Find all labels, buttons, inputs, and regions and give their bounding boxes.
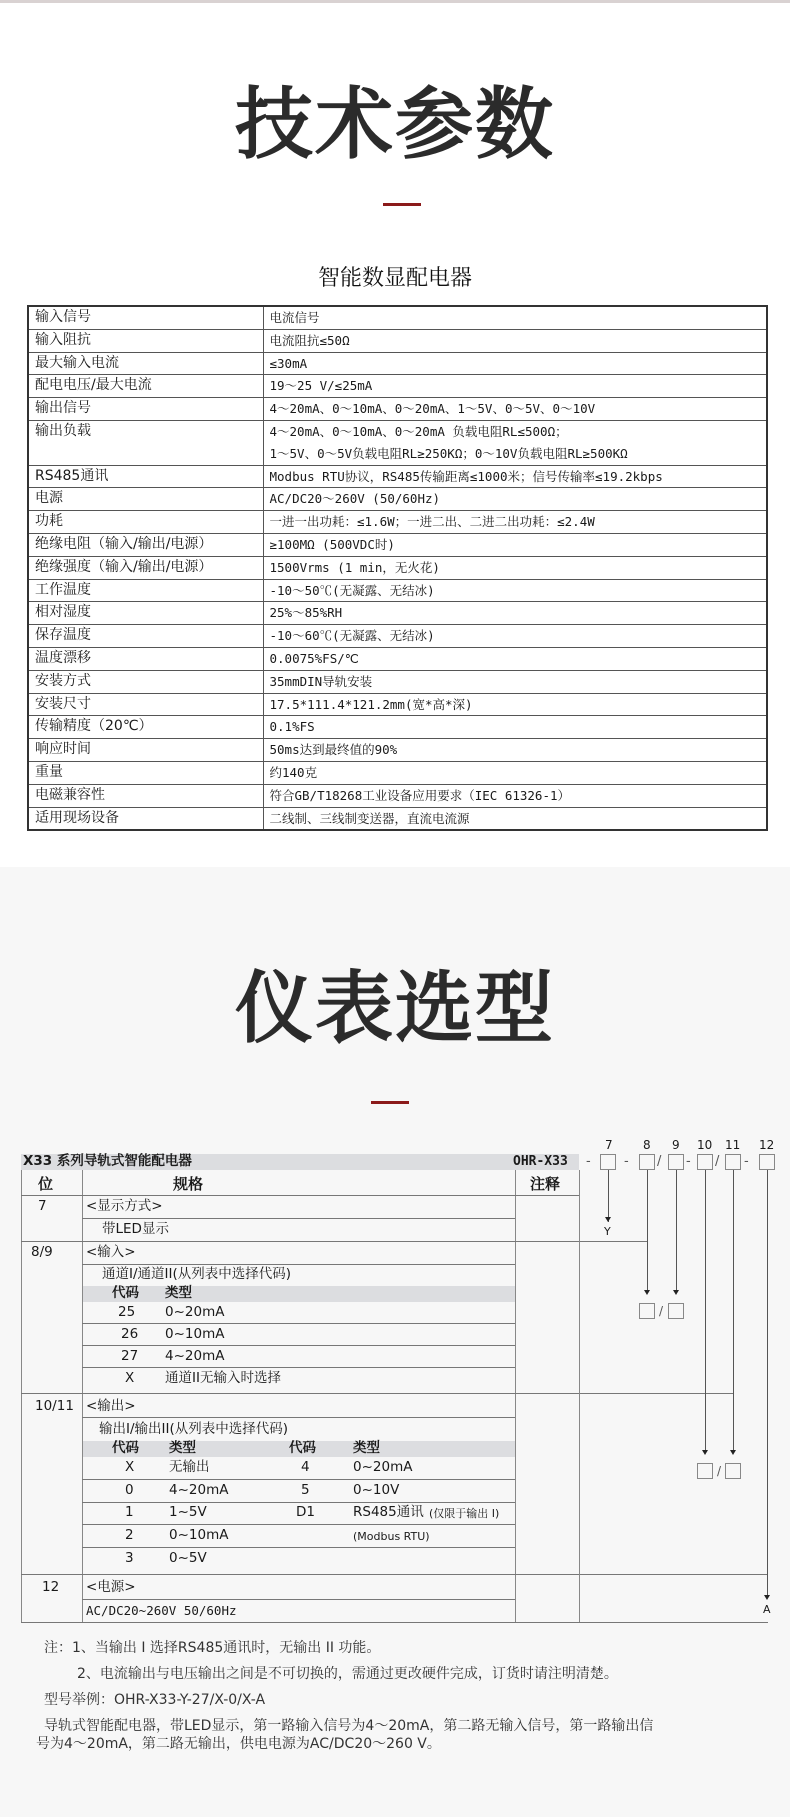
output-code: 1 [125,1506,134,1520]
row-line [82,1218,515,1219]
output-type-2-note: (仅限于输出 I) [429,1508,499,1519]
output-type: 1~5V [169,1506,207,1520]
row-line [82,1345,515,1346]
leader-line-10 [705,1170,706,1451]
output-type-2: RS485通讯 [353,1506,424,1520]
position-number: 8 [643,1139,651,1151]
slash: / [659,1305,663,1317]
code-box-8 [639,1154,655,1170]
row-line [82,1599,515,1600]
output-desc: 输出I/输出II(从列表中选择代码) [99,1423,288,1437]
input-type: 通道II无输入时选择 [165,1372,281,1386]
input-code-box-2 [668,1303,684,1319]
row-line [21,1393,579,1394]
row-line [82,1264,515,1265]
code-box-10 [697,1154,713,1170]
input-col-type: 类型 [165,1287,192,1301]
input-code: 26 [121,1328,138,1342]
output-code-2: D1 [296,1506,315,1520]
row-line [82,1323,515,1324]
output-type-2: (Modbus RTU) [353,1531,430,1542]
arrow-down-icon [673,1290,679,1295]
output-code-2: 4 [301,1461,310,1475]
leader-h-12 [579,1574,767,1575]
row-line [82,1547,515,1548]
separator: - [586,1155,591,1168]
model-example: 型号举例：OHR-X33-Y-27/X-0/X-A [44,1693,265,1707]
arrow-down-icon [644,1290,650,1295]
output-code: 0 [125,1484,134,1498]
arrow-down-icon [702,1450,708,1455]
input-code: 25 [118,1306,135,1320]
title-divider-2 [371,1101,409,1104]
leader-line-8 [647,1170,648,1291]
input-code-header-band [83,1286,515,1302]
table-left-border [21,1170,22,1622]
input-type: 0~10mA [165,1328,224,1342]
leader-line-12 [767,1170,768,1597]
row-line [21,1241,579,1242]
code-box-9 [668,1154,684,1170]
input-title: <输入> [86,1246,136,1260]
output-col-code-2: 代码 [289,1442,316,1456]
separator: - [744,1155,749,1168]
row-line [21,1195,579,1196]
slash: / [717,1465,721,1477]
power-option: AC/DC20~260V 50/60Hz [86,1605,237,1618]
display-title: <显示方式> [86,1200,163,1214]
input-code: X [125,1372,134,1386]
leader-line-11 [733,1170,734,1451]
input-code-box-1 [639,1303,655,1319]
output-type: 4~20mA [169,1484,228,1498]
output-type: 0~10mA [169,1529,228,1543]
table-col-divider-1 [82,1170,83,1622]
note-1: 注：1、当输出 I 选择RS485通讯时，无输出 II 功能。 [44,1641,380,1655]
arrow-down-icon [730,1450,736,1455]
row-line [82,1524,515,1525]
input-col-code: 代码 [112,1287,139,1301]
arrow-down-icon [764,1595,770,1600]
row-line [21,1574,579,1575]
selection-area: 仪表选型 X33 系列导轨式智能配电器 OHR-X33 7-8-9/10-11/… [0,0,790,1817]
col-header-note: 注释 [530,1177,560,1192]
col-header-spec: 规格 [173,1177,203,1192]
position-number: 7 [605,1139,613,1151]
position-number: 11 [725,1139,740,1151]
table-col-divider-2 [515,1170,516,1622]
output-code-box-2 [725,1463,741,1479]
section-title-selection: 仪表选型 [0,970,790,1048]
code-box-7 [600,1154,616,1170]
series-label: X33 系列导轨式智能配电器 [23,1155,192,1169]
output-type-2: 0~10V [353,1484,399,1498]
output-col-code: 代码 [112,1442,139,1456]
pos-10-11: 10/11 [35,1400,74,1414]
pos-7: 7 [38,1200,47,1214]
pos-8-9: 8/9 [31,1246,53,1260]
output-code-box-1 [697,1463,713,1479]
leader-line-7 [608,1170,609,1222]
example-desc-line-2: 号为4～20mA，第二路无输出，供电电源为AC/DC20～260 V。 [36,1737,441,1751]
code-box-12 [759,1154,775,1170]
leader-h-8 [579,1241,647,1242]
code-box-11 [725,1154,741,1170]
position-number: 10 [697,1139,712,1151]
output-code-2: 5 [301,1484,310,1498]
leader-line-9 [676,1170,677,1291]
output-type: 无输出 [169,1461,210,1475]
pos-12: 12 [42,1581,59,1595]
input-type: 0~20mA [165,1306,224,1320]
position-number: 9 [672,1139,680,1151]
example-desc-line-1: 导轨式智能配电器，带LED显示，第一路输入信号为4～20mA，第二路无输入信号，… [44,1719,653,1733]
separator: - [686,1155,691,1168]
row-line [82,1502,515,1503]
display-option: 带LED显示 [102,1223,169,1237]
table-col-divider-3 [579,1170,580,1622]
output-code: 2 [125,1529,134,1543]
arrow-down-icon [605,1217,611,1222]
model-prefix: OHR-X33 [513,1155,568,1168]
code-power: A [763,1604,771,1615]
col-header-pos: 位 [38,1177,53,1192]
table-bottom-border [21,1622,768,1623]
code-display: Y [604,1226,611,1237]
input-code: 27 [121,1350,138,1364]
input-desc: 通道I/通道II(从列表中选择代码) [102,1268,291,1282]
position-number: 12 [759,1139,774,1151]
row-line [82,1417,515,1418]
separator: / [715,1155,719,1168]
leader-h-10 [579,1393,733,1394]
row-line [82,1367,515,1368]
separator: - [624,1155,629,1168]
output-type-2: 0~20mA [353,1461,412,1475]
output-code: X [125,1461,134,1475]
output-code: 3 [125,1552,134,1566]
output-col-type-2: 类型 [353,1442,380,1456]
power-title: <电源> [86,1581,136,1595]
output-type: 0~5V [169,1552,207,1566]
note-2: 2、电流输出与电压输出之间是不可切换的，需通过更改硬件完成，订货时请注明清楚。 [77,1667,618,1681]
separator: / [657,1155,661,1168]
output-title: <输出> [86,1400,136,1414]
output-col-type: 类型 [169,1442,196,1456]
input-type: 4~20mA [165,1350,224,1364]
row-line [82,1479,515,1480]
